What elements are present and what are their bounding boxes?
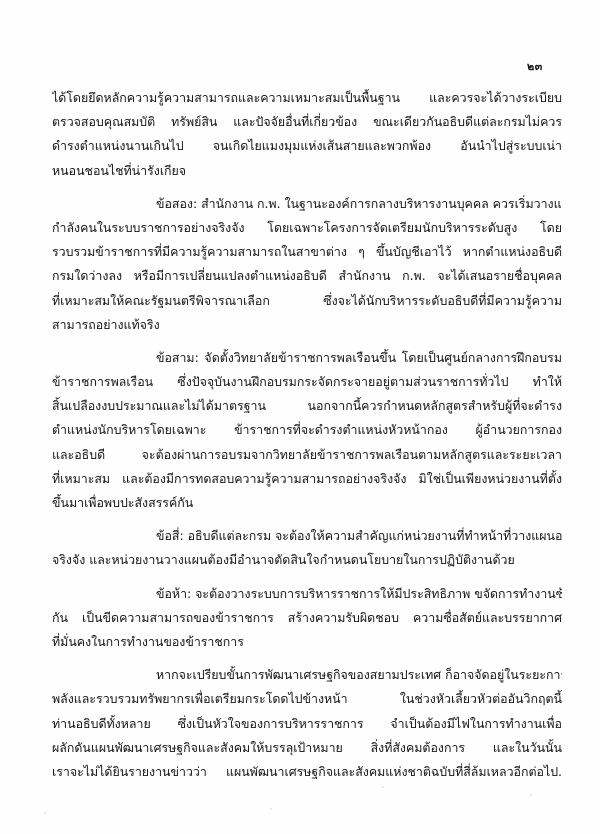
text-line: ที่มั่นคงในการทำงานของข้าราชการ [52,630,562,654]
scan-speck [44,812,46,814]
text-line: ตรวจสอบคุณสมบัติ ทรัพย์สิน และปัจจัยอื่น… [52,110,562,134]
text-line: กัน เป็นขีดความสามารถของข้าราชการ สร้างค… [52,606,562,630]
text-line: ข้อสี่: อธิบดีแต่ละกรม จะต้องให้ความสำคั… [52,524,562,548]
text-line: ข้อสาม: จัดตั้งวิทยาลัยข้าราชการพลเรือนข… [52,346,562,370]
paragraph-item-four: ข้อสี่: อธิบดีแต่ละกรม จะต้องให้ความสำคั… [52,524,562,572]
body-text: ได้โดยยึดหลักความรู้ความสามารถและความเหม… [52,86,562,793]
page-number: ๒๓ [527,57,543,75]
text-line: สามารถอย่างแท้จริง [52,313,562,337]
text-line: ขึ้นมาเพื่อพบปะสังสรรค์กัน [52,491,562,515]
text-line: รวบรวมข้าราชการที่มีความรู้ความสามารถในส… [52,240,562,264]
text-line: หนอนชอนไชที่น่ารังเกียจ [52,159,562,183]
text-line: ได้โดยยึดหลักความรู้ความสามารถและความเหม… [52,86,562,110]
text-line: เราจะไม่ได้ยินรายงานข่าวว่า แผนพัฒนาเศรษ… [52,760,562,784]
text-line: หากจะเปรียบขั้นการพัฒนาเศรษฐกิจของสยามปร… [52,663,562,687]
text-line: ที่เหมาะสม และต้องมีการทดสอบความรู้ความส… [52,467,562,491]
text-line: ที่เหมาะสมให้คณะรัฐมนตรีพิจารณาเลือก ซึ่… [52,289,562,313]
text-line: ท่านอธิบดีทั้งหลาย ซึ่งเป็นหัวใจของการบร… [52,712,562,736]
paragraph-item-two: ข้อสอง: สำนักงาน ก.พ. ในฐานะองค์การกลางบ… [52,192,562,337]
text-line: ดำรงตำแหน่งนานเกินไป จนเกิดไยแมงมุมแห่งเ… [52,134,562,158]
text-line: ตำแหน่งนักบริหารโดยเฉพาะ ข้าราชการที่จะด… [52,418,562,442]
scan-speck [253,765,255,767]
text-line: กรมใดว่างลง หรือมีการเปลี่ยนแปลงตำแหน่งอ… [52,264,562,288]
text-line: และอธิบดี จะต้องผ่านการอบรมจากวิทยาลัยข้… [52,443,562,467]
text-line: จริงจัง และหน่วยงานวางแผนต้องมีอำนาจตัดส… [52,548,562,572]
paragraph-item-three: ข้อสาม: จัดตั้งวิทยาลัยข้าราชการพลเรือนข… [52,346,562,515]
paragraph-continuation: ได้โดยยึดหลักความรู้ความสามารถและความเหม… [52,86,562,183]
scan-speck [270,808,272,810]
text-line: ข้าราชการพลเรือน ซึ่งปัจจุบันงานฝึกอบรมก… [52,370,562,394]
scan-speck [382,786,384,788]
text-line: พลังและรวบรวมทรัพยากรเพื่อเตรียมกระโดดไป… [52,687,562,711]
text-line: กำลังคนในระบบราชการอย่างจริงจัง โดยเฉพาะ… [52,216,562,240]
text-line: ข้อห้า: จะต้องวางระบบการบริหารราชการให้ม… [52,582,562,606]
paragraph-conclusion: หากจะเปรียบขั้นการพัฒนาเศรษฐกิจของสยามปร… [52,663,562,784]
text-line: ผลักดันแผนพัฒนาเศรษฐกิจและสังคมให้บรรลุเ… [52,736,562,760]
text-line: สิ้นเปลืองงบประมาณและไม่ได้มาตรฐาน นอกจา… [52,394,562,418]
scan-speck [447,746,449,748]
text-line: ข้อสอง: สำนักงาน ก.พ. ในฐานะองค์การกลางบ… [52,192,562,216]
scan-speck [530,794,532,796]
scan-speck [90,750,92,752]
document-page: ๒๓ ได้โดยยึดหลักความรู้ความสามารถและความ… [0,0,600,834]
paragraph-item-five: ข้อห้า: จะต้องวางระบบการบริหารราชการให้ม… [52,582,562,655]
